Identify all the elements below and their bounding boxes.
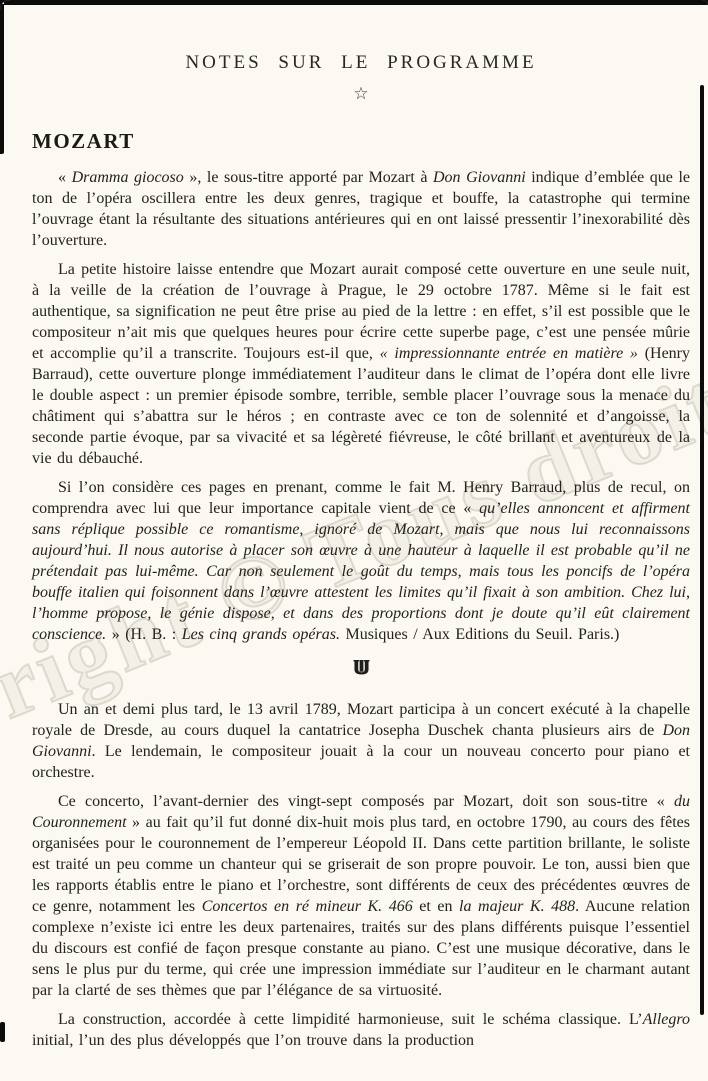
page-title: NOTES SUR LE PROGRAMME bbox=[32, 52, 690, 74]
blackletter-w-ornament bbox=[353, 660, 370, 675]
text-run: Les cinq grands opéras. bbox=[182, 626, 340, 643]
scan-edge-right bbox=[700, 85, 704, 1015]
paragraph: « Dramma giocoso », le sous-titre apport… bbox=[32, 167, 690, 251]
text-run: Ce concerto, l’avant-dernier des vingt-s… bbox=[58, 793, 674, 810]
text-run: qu’elles annoncent et affirment sans rép… bbox=[32, 500, 690, 643]
scanned-page-background: { "header": { "title": "NOTES SUR LE PRO… bbox=[0, 0, 708, 1081]
paragraph: La construction, accordée à cette limpid… bbox=[32, 1009, 690, 1051]
page-paper: Copyright © Tous droits réservés NOTES S… bbox=[0, 0, 708, 1081]
text-run: la majeur K. 488 bbox=[459, 898, 575, 915]
text-run: » (H. B. : bbox=[106, 626, 182, 643]
page-content: NOTES SUR LE PROGRAMME ☆ MOZART « Dramma… bbox=[0, 0, 708, 1051]
section-heading-mozart: MOZART bbox=[32, 129, 690, 154]
text-run: Concertos en ré mineur K. 466 bbox=[202, 898, 413, 915]
text-run: et en bbox=[413, 898, 459, 915]
text-run: Un an et demi plus tard, le 13 avril 178… bbox=[32, 701, 690, 739]
body-text-part1: « Dramma giocoso », le sous-titre apport… bbox=[32, 167, 690, 645]
star-icon: ☆ bbox=[32, 85, 690, 102]
text-run: (Henry Barraud), cette ouverture plonge … bbox=[32, 345, 690, 467]
text-run: Musiques / Aux Editions du Seuil. Paris.… bbox=[340, 626, 619, 643]
paragraph: Un an et demi plus tard, le 13 avril 178… bbox=[32, 699, 690, 783]
scan-edge-top bbox=[4, 0, 708, 5]
text-run: . Le lendemain, le compositeur jouait à … bbox=[32, 743, 690, 781]
text-run: », le sous-titre apporté par Mozart à bbox=[184, 169, 433, 186]
text-run: Dramma giocoso bbox=[72, 169, 184, 186]
text-run: « bbox=[58, 169, 72, 186]
section-divider bbox=[32, 660, 690, 676]
body-text-part2: Un an et demi plus tard, le 13 avril 178… bbox=[32, 699, 690, 1051]
text-run: Don Giovanni bbox=[433, 169, 526, 186]
scan-edge-left-bottom bbox=[0, 1022, 5, 1042]
text-run: La construction, accordée à cette limpid… bbox=[58, 1011, 643, 1028]
text-run: initial, l’un des plus développés que l’… bbox=[32, 1032, 474, 1049]
paragraph: Si l’on considère ces pages en prenant, … bbox=[32, 477, 690, 645]
paragraph: Ce concerto, l’avant-dernier des vingt-s… bbox=[32, 791, 690, 1001]
text-run: Allegro bbox=[643, 1011, 690, 1028]
scan-edge-left bbox=[0, 4, 4, 154]
text-run: « impressionnante entrée en matière » bbox=[380, 345, 638, 362]
paragraph: La petite histoire laisse entendre que M… bbox=[32, 259, 690, 469]
